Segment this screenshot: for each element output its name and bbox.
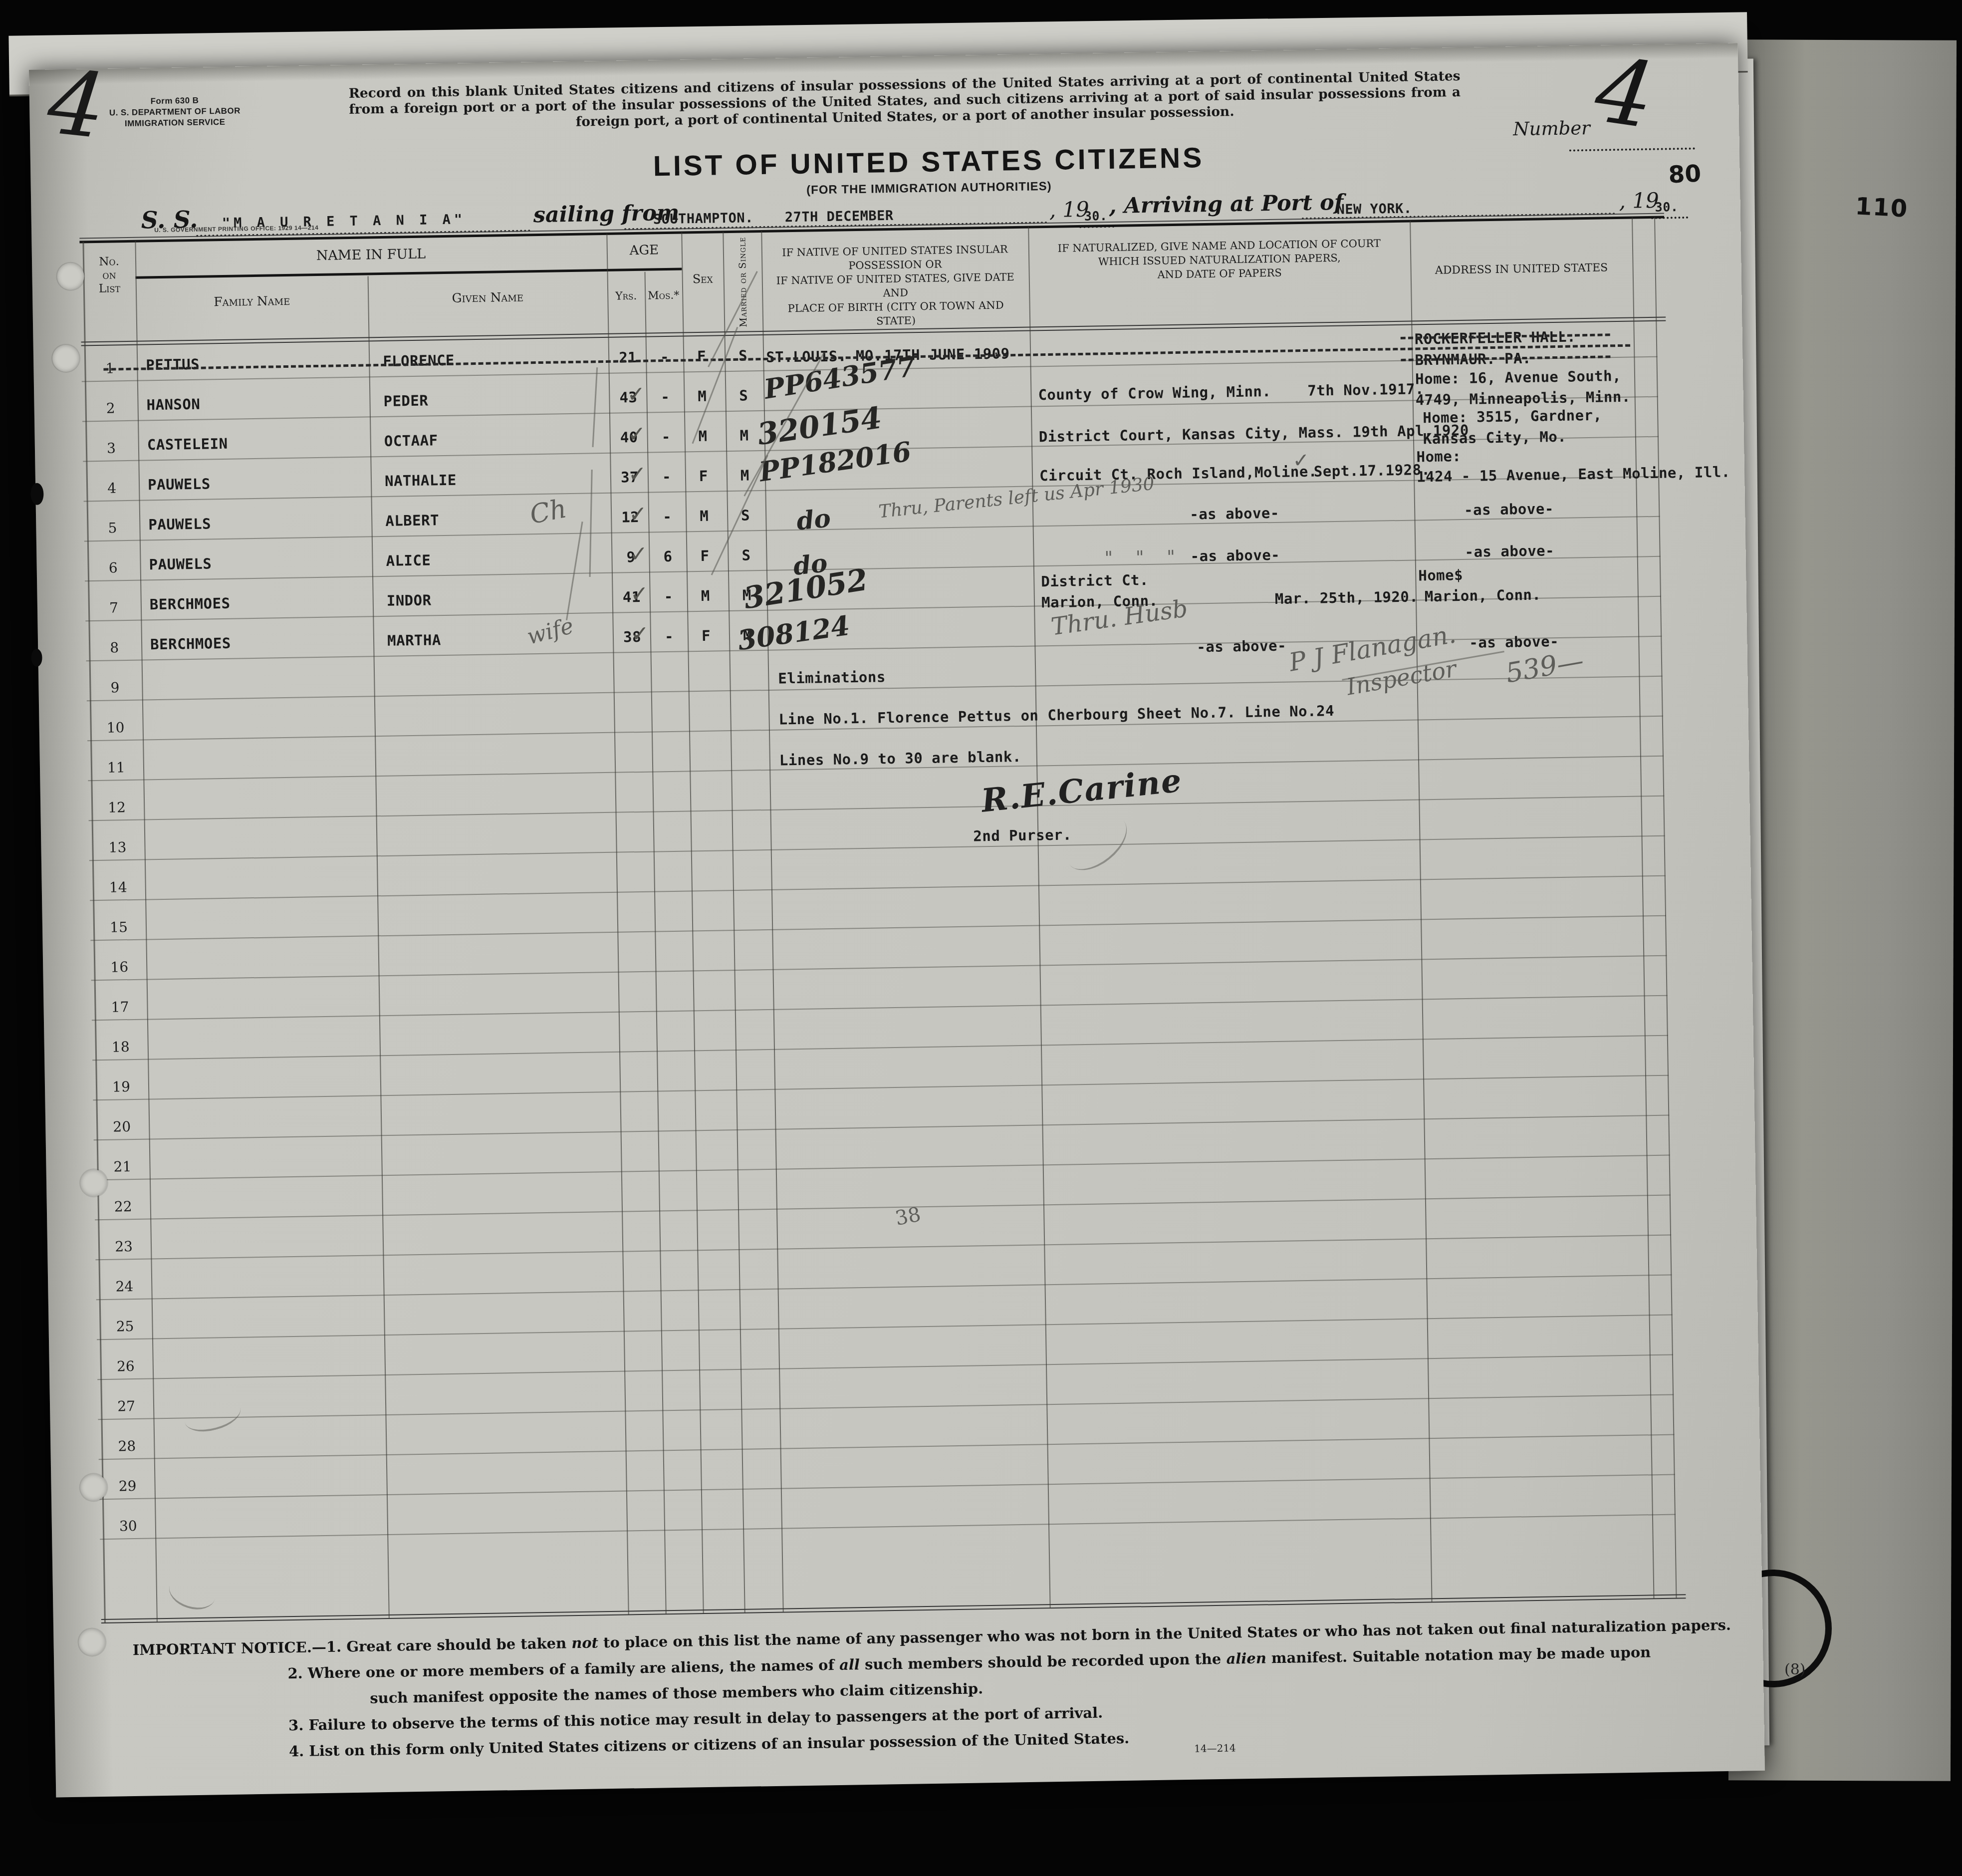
- pencil-stroke: [592, 367, 598, 447]
- notice-text: 4. List on this form only United States …: [289, 1730, 1130, 1760]
- row-number: 15: [101, 919, 137, 936]
- cell-family-name: BERCHMOES: [150, 635, 231, 653]
- page-title: LIST OF UNITED STATES CITIZENS: [577, 140, 1281, 184]
- column-line: [1632, 218, 1654, 1599]
- cell-typed-entry: -as above-: [1465, 542, 1554, 560]
- cell-typed-entry: Home$: [1418, 566, 1463, 584]
- cell-age-mos: -: [647, 388, 684, 405]
- cell-typed-entry: 2nd Purser.: [973, 826, 1072, 844]
- row-number: 14: [100, 879, 136, 896]
- pencil-annotation: 539—: [1503, 644, 1586, 689]
- row-number: 20: [104, 1118, 140, 1135]
- cell-family-name: PAUWELS: [149, 555, 212, 573]
- cell-typed-entry: Marion, Conn.: [1425, 586, 1541, 605]
- pencil-checkmark-icon: ✓: [629, 541, 648, 567]
- row-number: 12: [99, 799, 135, 816]
- pencil-checkmark-icon: ✓: [627, 382, 646, 408]
- departure-date: 27TH DECEMBER: [785, 208, 894, 225]
- cell-typed-entry: -as above-: [1464, 500, 1554, 519]
- cell-given-name: FLORENCE: [383, 352, 455, 370]
- row-number: 24: [107, 1278, 142, 1295]
- cell-family-name: BERCHMOES: [150, 595, 231, 613]
- cell-age-mos: -: [647, 348, 683, 365]
- pencil-annotation: " " ": [1104, 547, 1175, 568]
- departure-port: SOUTHAMPTON.: [653, 210, 754, 227]
- cell-family-name: PETTUS: [146, 356, 200, 374]
- column-header-address: ADDRESS IN UNITED STATES: [1410, 262, 1632, 277]
- row-line: [95, 1235, 1671, 1261]
- pencil-annotation: wife: [524, 613, 576, 649]
- row-number: 13: [100, 839, 135, 856]
- form-instructions: Record on this blank United States citiz…: [349, 68, 1461, 134]
- cell-typed-entry: 1424 - 15 Avenue, East Moline, Ill.: [1417, 464, 1730, 486]
- row-line: [92, 1035, 1668, 1061]
- column-header-married-or-single: Married or Single: [723, 234, 762, 330]
- cell-age-mos: -: [651, 627, 688, 645]
- row-number: 19: [104, 1078, 139, 1095]
- row-number: 3: [94, 440, 129, 457]
- cell-married-or-single: S: [728, 507, 764, 524]
- cell-sex: M: [685, 427, 721, 445]
- row-line: [97, 1315, 1673, 1340]
- cell-given-name: PEDER: [383, 392, 428, 410]
- cell-typed-entry: -as above-: [1190, 546, 1280, 565]
- row-number: 9: [97, 679, 133, 696]
- cell-typed-entry: County of Crow Wing, Minn.: [1038, 383, 1271, 403]
- notice-line: 4. List on this form only United States …: [289, 1730, 1130, 1760]
- notice-text: 2. Where one or more members of a family…: [287, 1656, 839, 1682]
- pencil-note: 38: [893, 1203, 923, 1230]
- row-number: 11: [99, 759, 134, 776]
- column-header-sex: Sex: [682, 271, 724, 286]
- form-code: 14—214: [1194, 1742, 1236, 1754]
- cell-given-name: ALBERT: [385, 512, 439, 530]
- row-number: 5: [95, 520, 130, 536]
- stamped-number: 80: [1668, 160, 1702, 189]
- row-line: [84, 516, 1660, 542]
- row-number: 29: [110, 1478, 145, 1495]
- page-subtitle: (FOR THE IMMIGRATION AUTHORITIES): [727, 178, 1131, 199]
- cell-age-mos: -: [649, 468, 685, 485]
- row-line: [99, 1434, 1675, 1460]
- column-header-given-name: Given Name: [368, 288, 607, 307]
- column-header-no-on-list: No. on List: [83, 255, 136, 296]
- table-rule: [101, 1598, 1686, 1623]
- cell-typed-entry: District Court, Kansas City, Mass. 19th …: [1039, 422, 1469, 446]
- cell-family-name: PAUWELS: [148, 475, 211, 493]
- cell-typed-entry: Line No.1. Florence Pettus on Cherbourg …: [778, 702, 1334, 728]
- cell-typed-entry: -as above-: [1190, 505, 1279, 523]
- pencil-checkmark-icon: ✓: [629, 502, 648, 528]
- row-number: 22: [106, 1198, 141, 1215]
- hole-punch: [57, 263, 84, 290]
- row-number: 7: [96, 599, 132, 616]
- row-number: 2: [93, 400, 128, 417]
- cell-age-mos: 6: [650, 547, 686, 565]
- ss-label: S. S.: [141, 206, 198, 235]
- column-header-mos: Mos.*: [645, 289, 682, 302]
- cell-family-name: PAUWELS: [148, 515, 211, 533]
- pencil-squiggle: [165, 1570, 220, 1615]
- pencil-checkmark-icon: ✓: [631, 621, 650, 647]
- row-line: [90, 915, 1666, 941]
- pencil-squiggle: [181, 1394, 244, 1437]
- column-line: [1654, 217, 1677, 1599]
- row-number: 28: [109, 1438, 145, 1455]
- cell-given-name: NATHALIE: [385, 472, 457, 490]
- notice-text: manifest. Suitable notation may be made …: [1266, 1643, 1651, 1666]
- row-line: [100, 1514, 1676, 1540]
- row-number: 23: [106, 1238, 142, 1255]
- cell-typed-entry: Mar. 25th, 1920.: [1275, 588, 1419, 607]
- cell-sex: M: [687, 587, 724, 604]
- row-line: [90, 875, 1666, 901]
- cell-married-or-single: S: [726, 387, 762, 404]
- column-header-family-name: Family Name: [136, 292, 368, 310]
- row-number: 16: [102, 959, 137, 976]
- cell-family-name: HANSON: [146, 396, 200, 414]
- notice-text: all: [839, 1656, 860, 1673]
- hole-punch: [80, 1169, 108, 1197]
- hole-punch: [52, 344, 80, 372]
- row-line: [97, 1354, 1673, 1380]
- document-scan: 110 ✶ ON (8) 4 Form 630 B U. S. DEPARTME…: [0, 0, 1962, 1876]
- paper-edge-blob: [30, 483, 44, 505]
- row-line: [98, 1394, 1674, 1420]
- row-number: 4: [94, 480, 130, 497]
- cell-family-name: CASTELEIN: [147, 435, 228, 454]
- column-header-yrs: Yrs.: [607, 290, 645, 303]
- handwritten-number: 4: [1590, 45, 1660, 142]
- pencil-annotation: ✓: [1292, 449, 1309, 473]
- row-line: [95, 1195, 1671, 1221]
- cell-sex: M: [684, 387, 721, 405]
- notice-text: such manifest opposite the names of thos…: [370, 1680, 983, 1706]
- column-header-naturalization: IF NATURALIZED, GIVE NAME AND LOCATION O…: [1033, 236, 1406, 284]
- cell-age-mos: -: [649, 508, 686, 525]
- row-number: 26: [108, 1358, 144, 1375]
- cell-given-name: INDOR: [387, 591, 432, 609]
- cell-typed-entry: 4749, Minneapolis, Minn.: [1415, 388, 1631, 409]
- column-header-name-in-full: NAME IN FULL: [135, 244, 607, 267]
- row-line: [91, 955, 1667, 981]
- hole-punch: [78, 1628, 106, 1656]
- row-line: [94, 1115, 1670, 1141]
- column-header-age: AGE: [607, 243, 682, 259]
- row-number: 21: [105, 1158, 140, 1175]
- pencil-annotation: Thru, Parents left us Apr 1930: [878, 474, 1155, 523]
- row-number: 25: [107, 1318, 143, 1335]
- page-number-stamp: 110: [1855, 192, 1909, 223]
- manifest-page: 4 Form 630 B U. S. DEPARTMENT OF LABOR I…: [29, 43, 1765, 1797]
- notice-text: such members should be recorded upon the: [860, 1650, 1226, 1673]
- row-line: [92, 995, 1668, 1021]
- cell-sex: F: [688, 627, 725, 644]
- cell-given-name: ALICE: [386, 551, 431, 569]
- row-line: [89, 835, 1665, 861]
- row-line: [94, 1155, 1670, 1181]
- name-age-underline: [136, 268, 682, 278]
- notice-line: 3. Failure to observe the terms of this …: [288, 1704, 1103, 1734]
- notice-line: such manifest opposite the names of thos…: [370, 1680, 983, 1706]
- cell-given-name: MARTHA: [387, 631, 441, 649]
- row-line: [99, 1474, 1675, 1500]
- row-number: 27: [109, 1398, 144, 1415]
- cell-typed-entry: Kansas City, Mo.: [1423, 428, 1567, 448]
- cell-typed-entry: Home: 16, Avenue South,: [1415, 367, 1622, 387]
- sheet-mark: (8): [1784, 1661, 1806, 1678]
- cell-married-or-single: S: [728, 546, 764, 564]
- cell-sex: M: [686, 507, 723, 525]
- row-line: [89, 796, 1665, 821]
- row-number: 18: [103, 1039, 139, 1056]
- pencil-stroke: [589, 470, 593, 577]
- notice-text: IMPORTANT NOTICE.—1. Great care should b…: [132, 1634, 571, 1658]
- cell-typed-entry: 7th Nov.1917.: [1307, 380, 1424, 399]
- column-header-birth: IF NATIVE OF UNITED STATES INSULAR POSSE…: [766, 242, 1025, 330]
- pencil-annotation: Ch: [527, 494, 569, 530]
- pencil-stroke: [566, 522, 583, 620]
- notice-text: alien: [1226, 1649, 1266, 1667]
- ink-annotation: do: [795, 503, 832, 536]
- cell-typed-entry: Sept.17.1928.: [1314, 461, 1431, 480]
- row-number: 10: [98, 719, 133, 736]
- row-line: [96, 1275, 1672, 1301]
- arrival-port: NEW YORK.: [1336, 201, 1412, 218]
- cell-age-mos: -: [650, 587, 687, 605]
- ink-annotation: R.E.Carine: [980, 762, 1184, 819]
- married-or-single-label: Married or Single: [736, 237, 749, 327]
- pencil-checkmark-icon: ✓: [630, 581, 649, 607]
- cell-age-yrs: 21: [610, 349, 646, 366]
- cell-typed-entry: District Ct.: [1041, 571, 1149, 590]
- cell-typed-entry: Home: 3515, Gardner,: [1423, 407, 1602, 427]
- pencil-checkmark-icon: ✓: [627, 422, 646, 448]
- cell-typed-entry: -as above-: [1197, 637, 1286, 656]
- notice-text: not: [571, 1634, 598, 1651]
- cell-age-mos: -: [648, 428, 684, 445]
- pencil-stroke: [692, 327, 738, 444]
- cell-sex: F: [686, 467, 722, 485]
- cell-typed-entry: -as above-: [1469, 633, 1559, 651]
- notice-text: 3. Failure to observe the terms of this …: [288, 1704, 1103, 1734]
- pencil-checkmark-icon: ✓: [628, 462, 647, 488]
- table-rule: [101, 1594, 1686, 1620]
- row-number: 17: [102, 999, 138, 1016]
- row-number: 8: [97, 639, 132, 656]
- cell-typed-entry: Eliminations: [778, 668, 886, 687]
- row-line: [93, 1075, 1669, 1101]
- form-identifier: Form 630 B U. S. DEPARTMENT OF LABOR IMM…: [87, 94, 262, 130]
- cell-given-name: OCTAAF: [384, 432, 438, 450]
- row-number: 30: [111, 1518, 146, 1535]
- cell-typed-entry: Home:: [1416, 448, 1461, 465]
- paper-edge-blob: [31, 649, 42, 667]
- row-number: 6: [95, 559, 131, 576]
- cell-married-or-single: S: [725, 347, 761, 364]
